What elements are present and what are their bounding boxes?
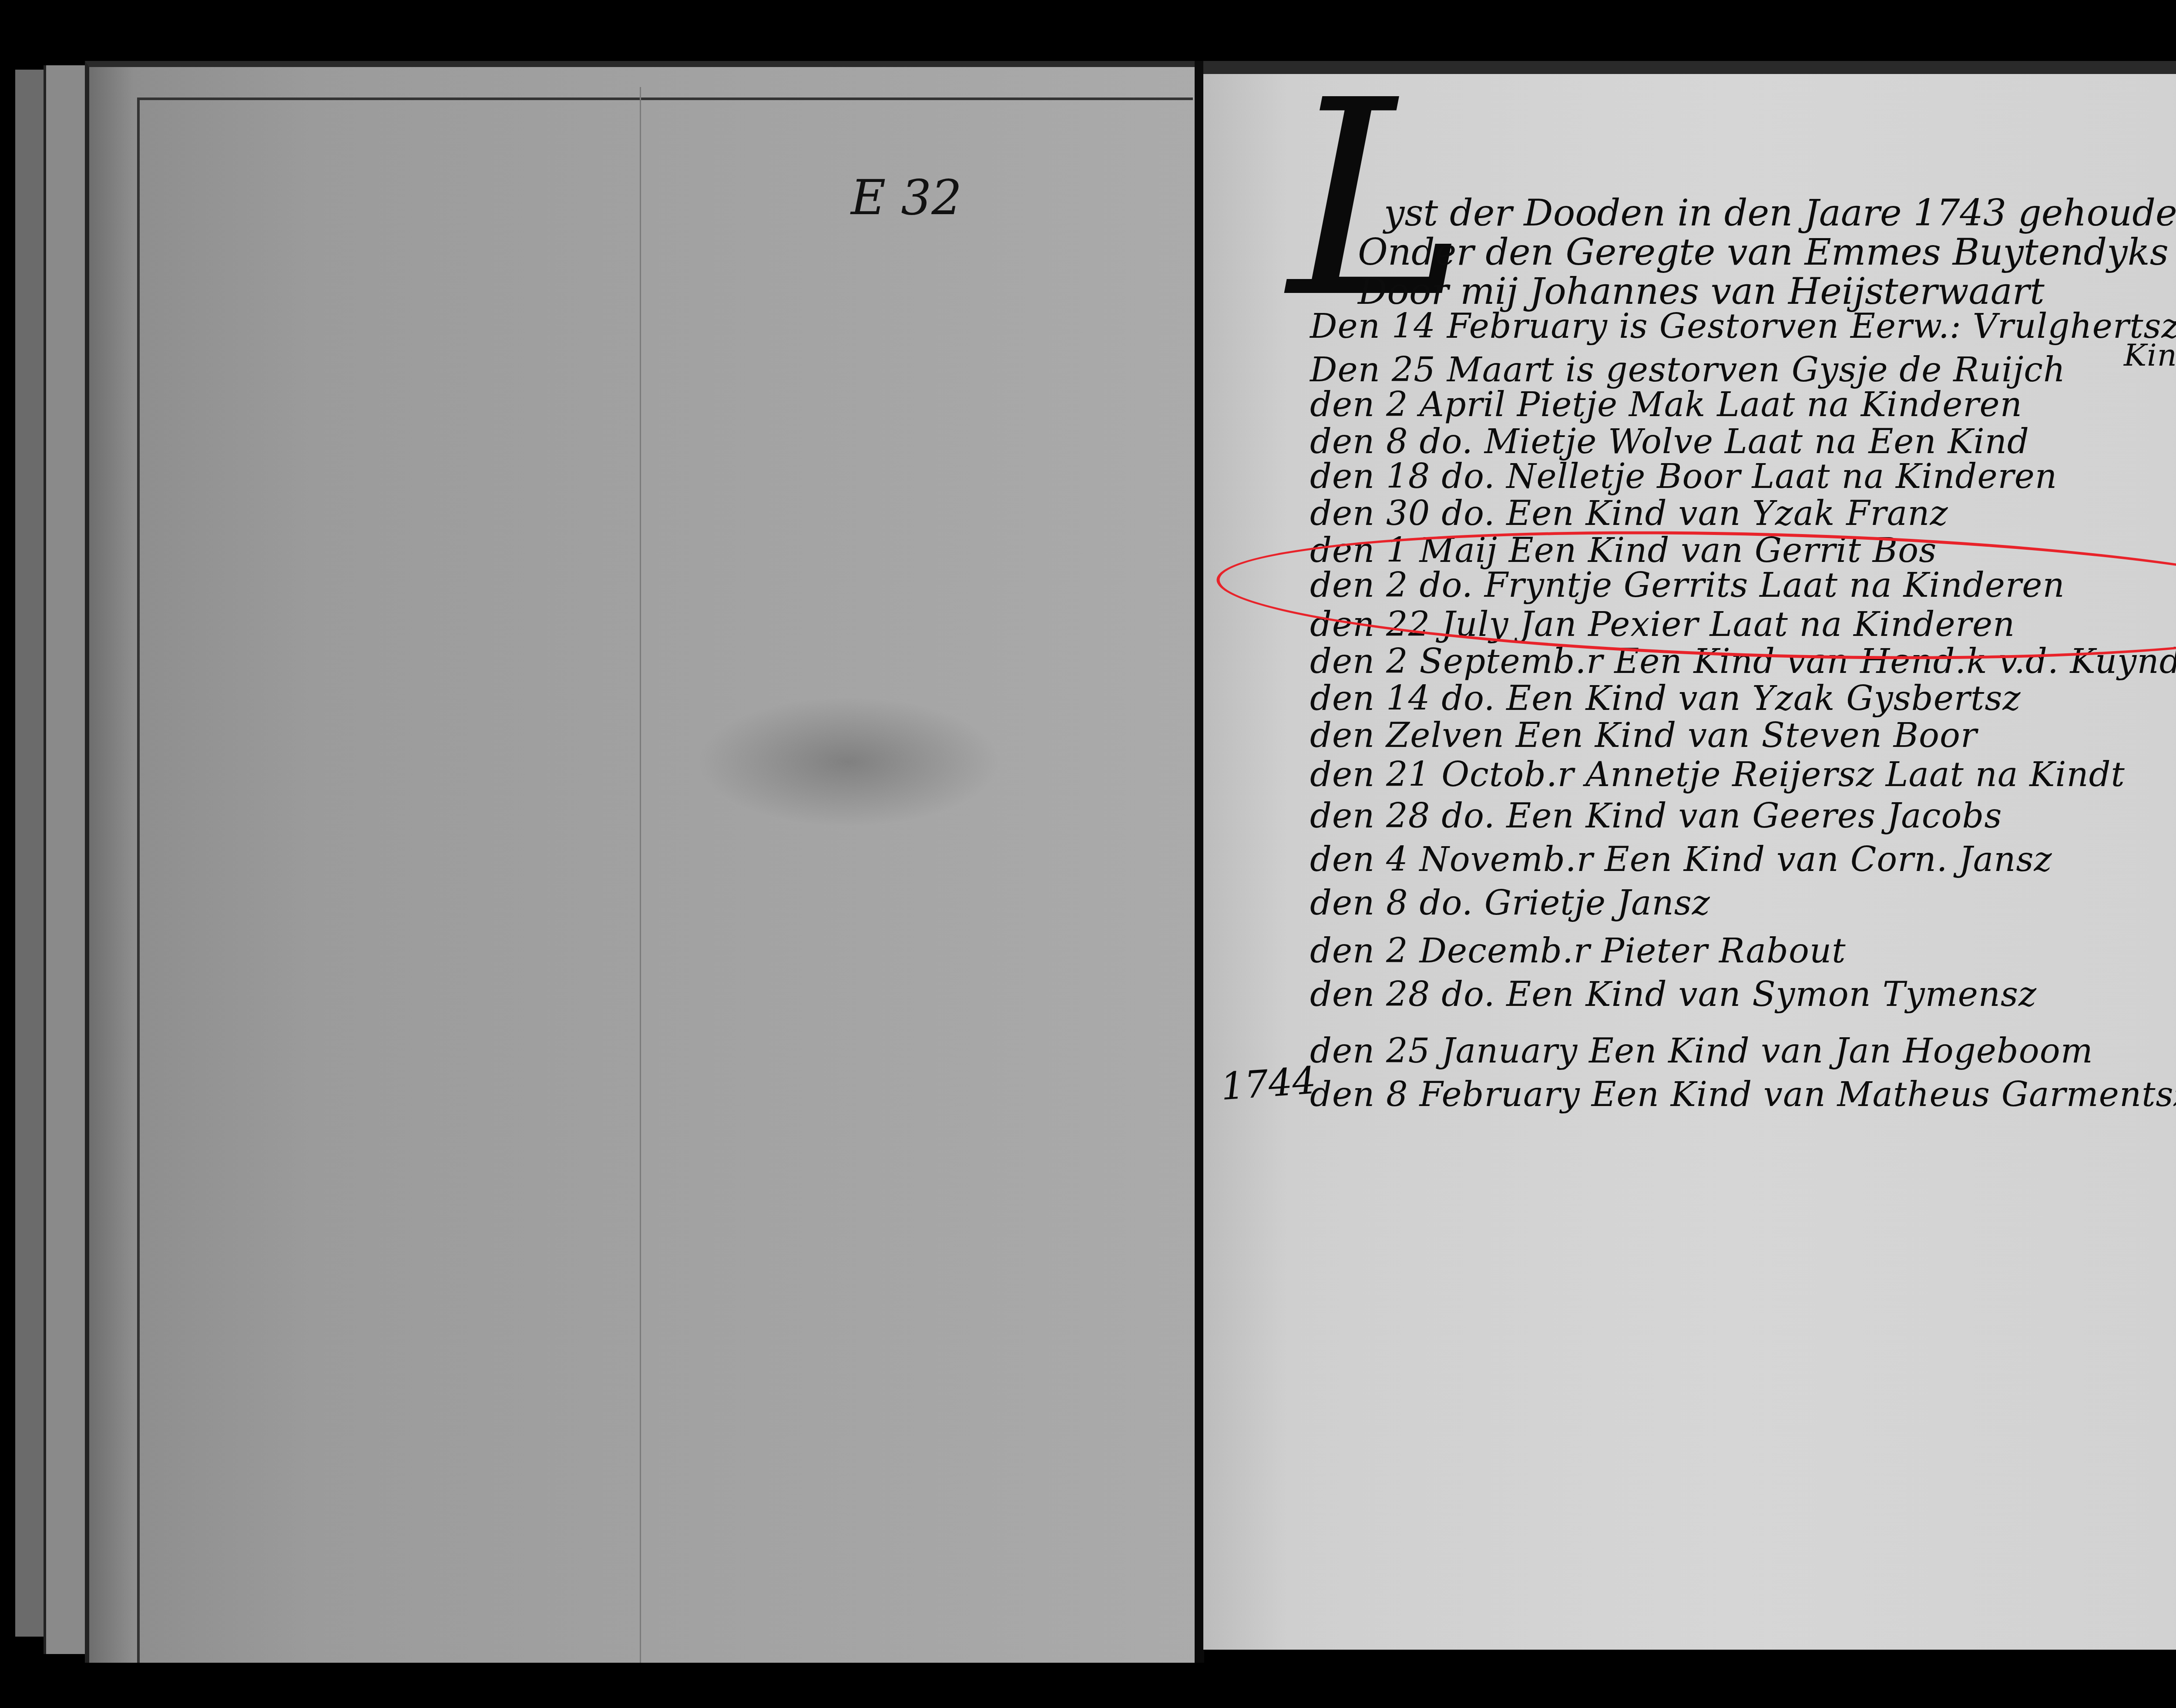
left-page-border [137, 98, 1193, 1667]
register-entry: den 8 do. Grietje Jansz [1310, 884, 1710, 923]
register-entry: den 8 do. Mietje Wolve Laat na Een Kind [1310, 422, 2029, 461]
folio-mark: E 32 [851, 170, 962, 225]
register-entry: den 4 Novemb.r Een Kind van Corn. Jansz [1310, 840, 2052, 879]
left-page-stain [696, 696, 1001, 827]
heading-line-1: yst der Dooden in den Jaare 1743 gehoude… [1384, 192, 2176, 234]
register-entry: Den 25 Maart is gestorven Gysje de Ruijc… [1310, 350, 2065, 390]
register-entry: Den 14 February is Gestorven Eerw.: Vrul… [1310, 307, 2176, 346]
register-entry: den 28 do. Een Kind van Symon Tymensz [1310, 975, 2037, 1014]
register-entry: den 8 February Een Kind van Matheus Garm… [1310, 1075, 2176, 1114]
register-entry: den 2 April Pietje Mak Laat na Kinderen [1310, 385, 2022, 424]
register-entry: den 25 January Een Kind van Jan Hogeboom [1310, 1032, 2093, 1071]
margin-year: 1744 [1219, 1059, 1317, 1109]
heading-line-3: Door mij Johannes van Heijsterwaart [1358, 270, 2045, 313]
register-entry: den 18 do. Nelletje Boor Laat na Kindere… [1310, 457, 2057, 496]
book-gutter [1195, 61, 1204, 1680]
register-entry: den 2 Decemb.r Pieter Rabout [1310, 931, 1846, 971]
register-entry: den 14 do. Een Kind van Yzak Gysbertsz [1310, 679, 2021, 718]
heading-line-2: Onder den Geregte van Emmes Buytendyks [1358, 231, 2169, 273]
register-entry: den Zelven Een Kind van Steven Boor [1310, 716, 1977, 755]
scanned-document: E 32 L yst der Dooden in den Jaare 1743 … [0, 0, 2176, 1708]
register-entry-continuation: Kinderen [2124, 337, 2176, 373]
register-entry: den 21 Octob.r Annetje Reijersz Laat na … [1310, 755, 2125, 794]
register-entry: den 28 do. Een Kind van Geeres Jacobs [1310, 797, 2002, 836]
scan-margin-bottom [0, 1663, 2176, 1708]
left-page-fold-line [640, 87, 641, 1676]
left-page [85, 61, 1203, 1686]
register-entry: den 30 do. Een Kind van Yzak Franz [1310, 494, 1948, 533]
